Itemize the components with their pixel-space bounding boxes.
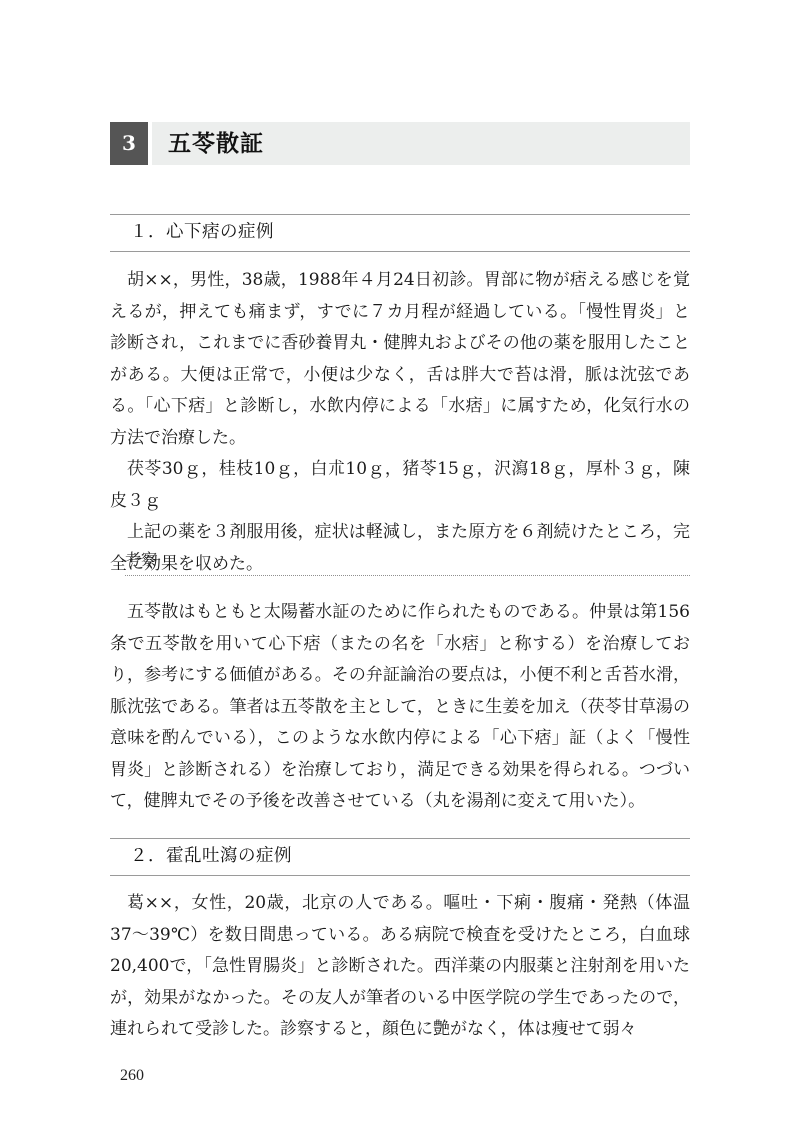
page-number: 260 [120, 1067, 144, 1085]
chapter-title: 五苓散証 [168, 122, 264, 165]
case-description: 胡××，男性，38歳，1988年４月24日初診。胃部に物が痞える感じを覚えるが，… [110, 265, 690, 454]
section-heading-2: ２．霍乱吐瀉の症例 [110, 838, 690, 876]
prescription: 茯苓30ｇ，桂枝10ｇ，白朮10ｇ，猪苓15ｇ，沢瀉18ｇ，厚朴３ｇ，陳皮３ｇ [110, 454, 690, 517]
discussion-text: 五苓散はもともと太陽蓄水証のために作られたものである。仲景は第156条で五苓散を… [110, 597, 690, 818]
case-description-2: 葛××，女性，20歳，北京の人である。嘔吐・下痢・腹痛・発熱（体温37～39℃）… [110, 888, 690, 1046]
case-paragraph-2: 葛××，女性，20歳，北京の人である。嘔吐・下痢・腹痛・発熱（体温37～39℃）… [110, 888, 690, 1046]
discussion-paragraph: 五苓散はもともと太陽蓄水証のために作られたものである。仲景は第156条で五苓散を… [110, 597, 690, 818]
chapter-title-bar: 五苓散証 [152, 122, 690, 165]
book-page: 3 五苓散証 １．心下痞の症例 胡××，男性，38歳，1988年４月24日初診。… [110, 0, 690, 1135]
chapter-number-badge: 3 [110, 122, 148, 165]
section-title-1: １．心下痞の症例 [130, 215, 274, 250]
case-paragraph-1: 胡××，男性，38歳，1988年４月24日初診。胃部に物が痞える感じを覚えるが，… [110, 265, 690, 580]
discussion-heading: 考察 [125, 547, 690, 576]
discussion-label: 考察 [125, 550, 157, 569]
section-heading-1: １．心下痞の症例 [110, 214, 690, 252]
section-title-2: ２．霍乱吐瀉の症例 [130, 839, 292, 874]
chapter-heading: 3 五苓散証 [110, 122, 690, 165]
